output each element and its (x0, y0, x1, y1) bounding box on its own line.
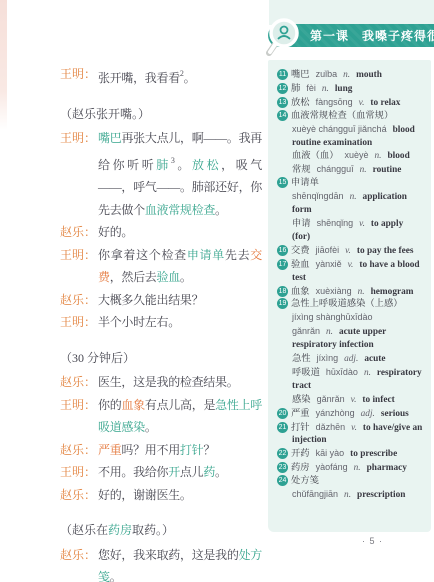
vocab-entry: 14血液常规检查（血常规）xuèyè chángguī jiǎncháblood… (277, 110, 423, 150)
dialogue-utterance: 半个小时左右。 (98, 311, 262, 334)
dialogue-text: 好的，谢谢医生。 (98, 488, 192, 502)
vocab-pos: v. (359, 98, 365, 108)
vocab-pinyin: dǎzhēn (316, 422, 346, 432)
vocab-pinyin: yàofáng (316, 462, 348, 472)
speaker-name: 赵乐： (60, 439, 98, 462)
vocab-english: to have a blood test (292, 260, 420, 283)
vocab-pos: v. (345, 246, 351, 256)
vocab-entry: 23药房yàofángn.pharmacy (277, 461, 423, 475)
dialogue-text: 。 (110, 570, 122, 582)
vocab-highlight-teal: 肺 (156, 158, 171, 172)
dialogue-text: （30 分钟后） (60, 351, 135, 365)
dialogue-text: 您好，我来取药，这是我的 (98, 548, 239, 562)
vocab-word: 血液（血） (292, 151, 339, 161)
dialogue-text: 好的。 (98, 225, 133, 239)
vocab-entry: 17验血yànxiěv.to have a blood test (277, 258, 423, 285)
vocab-number-badge: 23 (277, 462, 288, 473)
vocab-english: to relax (370, 98, 400, 108)
vocab-subentry: 申请shēnqǐngv.to apply (for) (277, 217, 423, 244)
dialogue-column: 王明：张开嘴，我看看2。（赵乐张开嘴。）王明：嘴巴再张大点儿，啊——。我再给你听… (60, 63, 262, 582)
dialogue-utterance: 好的，谢谢医生。 (98, 484, 262, 507)
vocab-entry: 12肺fèin.lung (277, 82, 423, 96)
vocab-subentry: 血液（血）xuèyèn.blood (277, 149, 423, 163)
lesson-title: 第一课 我嗓子疼得很 (310, 27, 434, 44)
vocab-word: 开药 (291, 449, 310, 459)
vocab-entry: 21打针dǎzhēnv.to have/give an injection (277, 421, 423, 448)
vocab-english: serious (381, 409, 409, 419)
dialogue-text: 。 (180, 270, 192, 284)
dialogue-text: ？ (203, 443, 215, 457)
vocab-pinyin: chángguī (317, 164, 354, 174)
vocab-highlight-teal: 血液常规检查 (145, 203, 215, 217)
dialogue-text: 取药。） (132, 523, 174, 537)
dialogue-utterance: 嘴巴再张大点儿，啊——。我再给你听听肺3。放松，吸气——，呼气——。肺部还好，你… (98, 127, 262, 221)
dialogue-utterance: 医生，这是我的检查结果。 (98, 371, 262, 394)
dialogue-utterance: 您好，我来取药，这是我的处方笺。 (98, 544, 262, 582)
vocab-pos: n. (343, 70, 350, 80)
speaker-name: 王明： (60, 311, 98, 334)
vocab-english: to infect (362, 395, 394, 405)
dialogue-text: 点儿 (180, 465, 203, 479)
vocab-pos: v. (351, 423, 357, 433)
vocab-pos: adj. (361, 409, 375, 419)
vocab-pos: adj. (344, 354, 358, 364)
vocab-pos: v. (348, 260, 354, 270)
vocab-number-badge: 11 (277, 69, 288, 80)
vocab-word: 打针 (291, 423, 310, 433)
vocab-pinyin: xuèyè chángguī jiǎnchá (292, 124, 387, 134)
dialogue-text: 大概多久能出结果？ (98, 293, 203, 307)
vocab-word: 处方笺 (291, 476, 319, 486)
vocab-word: 交费 (291, 246, 310, 256)
vocab-pinyin: hūxīdào (326, 367, 358, 377)
speaker-name: 王明： (60, 63, 98, 90)
dialogue-text: 先去 (225, 248, 250, 262)
vocab-word: 药房 (291, 463, 310, 473)
vocab-subentry: 呼吸道hūxīdàon.respiratory tract (277, 366, 423, 393)
vocab-word: 血象 (291, 287, 310, 297)
vocab-highlight-teal: 放松 (192, 158, 221, 172)
dialogue-line: 赵乐：好的。 (60, 221, 262, 244)
dialogue-text: 不用。我给你 (98, 465, 168, 479)
stage-direction: （赵乐张开嘴。） (60, 103, 262, 126)
vocab-word: 肺 (291, 84, 300, 94)
vocab-pos: n. (344, 490, 351, 500)
vocab-highlight-teal: 药房 (108, 523, 132, 537)
vocab-number-badge: 22 (277, 448, 288, 459)
vocab-highlight-teal: 打针 (180, 443, 203, 457)
vocab-pos: n. (364, 368, 371, 378)
vocab-entry: 16交费jiāofèiv.to pay the fees (277, 244, 423, 258)
dialogue-text: 你的 (98, 398, 121, 412)
vocab-pinyin: fàngsōng (316, 97, 353, 107)
dialogue-line: 赵乐：好的，谢谢医生。 (60, 484, 262, 507)
vocab-pinyin: shēnqǐng (317, 218, 354, 228)
vocab-english: blood (388, 151, 410, 161)
speaker-name: 赵乐： (60, 221, 98, 244)
vocab-subentry: 常规chángguīn.routine (277, 163, 423, 177)
vocab-pinyin: chǔfāngjiān (292, 489, 338, 499)
vocab-pos: n. (358, 287, 365, 297)
vocab-english: prescription (357, 490, 405, 500)
vocab-number-badge: 19 (277, 298, 288, 309)
vocab-highlight-teal: 验血 (157, 270, 180, 284)
page-number: · 5 · (362, 536, 383, 546)
dialogue-text: 。 (215, 465, 227, 479)
speaker-name: 赵乐： (60, 544, 98, 582)
dialogue-utterance: 你拿着这个检查申请单先去交费，然后去验血。 (98, 244, 262, 289)
vocab-pinyin: xuèyè (345, 150, 369, 160)
vocab-word: 放松 (291, 98, 310, 108)
vocab-word: 嘴巴 (291, 70, 310, 80)
dialogue-line: 赵乐：严重吗？用不用打针？ (60, 439, 262, 462)
vocab-pos: n. (326, 327, 333, 337)
dialogue-text: 。 (145, 420, 157, 434)
dialogue-utterance: 严重吗？用不用打针？ (98, 439, 262, 462)
vocab-highlight-teal: 药 (203, 465, 215, 479)
dialogue-utterance: 大概多久能出结果？ (98, 289, 262, 312)
dialogue-text: 。 (175, 158, 192, 172)
speaker-name: 王明： (60, 461, 98, 484)
vocab-number-badge: 24 (277, 475, 288, 486)
vocab-number-badge: 14 (277, 110, 288, 121)
vocab-entry: 18血象xuèxiàngn.hemogram (277, 285, 423, 299)
dialogue-text: 张开嘴，我看看 (98, 71, 180, 85)
vocab-entry: 24处方笺chǔfāngjiānn.prescription (277, 475, 423, 502)
vocab-english: hemogram (371, 287, 414, 297)
vocab-english: to have/give an injection (292, 423, 422, 446)
vocab-highlight-orange: 严重 (98, 443, 121, 457)
speaker-name: 赵乐： (60, 484, 98, 507)
vocab-word: 急性上呼吸道感染（上感） (291, 299, 403, 309)
dialogue-utterance: 张开嘴，我看看2。 (98, 63, 262, 90)
vocab-subentry: 急性jíxìngadj.acute (277, 352, 423, 366)
vocab-number-badge: 20 (277, 408, 288, 419)
vocab-pinyin: shēnqǐngdān (292, 191, 344, 201)
dialogue-line: 王明：你的血象有点儿高，是急性上呼吸道感染。 (60, 394, 262, 439)
vocab-pos: n. (360, 165, 367, 175)
dialogue-line: 王明：嘴巴再张大点儿，啊——。我再给你听听肺3。放松，吸气——，呼气——。肺部还… (60, 127, 262, 221)
vocab-panel: 11嘴巴zuǐban.mouth12肺fèin.lung13放松fàngsōng… (268, 60, 431, 532)
vocab-english: lung (335, 84, 353, 94)
vocab-pinyin: jíxìng (317, 353, 339, 363)
vocab-word: 申请 (292, 219, 311, 229)
speaker-name: 赵乐： (60, 289, 98, 312)
dialogue-line: 王明：不用。我给你开点儿药。 (60, 461, 262, 484)
stage-direction: （30 分钟后） (60, 347, 262, 370)
dialogue-utterance: 你的血象有点儿高，是急性上呼吸道感染。 (98, 394, 262, 439)
vocab-english: mouth (356, 70, 382, 80)
vocab-english: to prescribe (350, 449, 397, 459)
speaker-name: 赵乐： (60, 371, 98, 394)
vocab-number-badge: 15 (277, 177, 288, 188)
vocab-number-badge: 13 (277, 97, 288, 108)
vocab-entry: 20严重yánzhòngadj.serious (277, 407, 423, 421)
page-edge-shadow (0, 0, 7, 130)
vocab-pos: n. (354, 463, 361, 473)
vocab-word: 验血 (291, 260, 310, 270)
vocab-pinyin: jiāofèi (316, 245, 340, 255)
speaker-name: 王明： (60, 394, 98, 439)
vocab-pos: n. (322, 84, 329, 94)
vocab-highlight-teal: 嘴巴 (98, 131, 121, 145)
vocab-subentry: 感染gǎnrǎnv.to infect (277, 393, 423, 407)
vocab-number-badge: 16 (277, 245, 288, 256)
vocab-word: 血液常规检查（血常规） (291, 111, 393, 121)
vocab-pos: n. (375, 151, 382, 161)
dialogue-line: 赵乐：您好，我来取药，这是我的处方笺。 (60, 544, 262, 582)
vocab-english: pharmacy (367, 463, 407, 473)
vocab-pinyin: zuǐba (316, 69, 338, 79)
dialogue-utterance: 好的。 (98, 221, 262, 244)
vocab-entry: 15申请单shēnqǐngdānn.application form (277, 177, 423, 217)
vocab-word: 严重 (291, 409, 310, 419)
dialogue-text: 。 (184, 71, 196, 85)
dialogue-text: 半个小时左右。 (98, 315, 180, 329)
vocab-pinyin: yànxiě (316, 259, 342, 269)
vocab-highlight-orange: 血象 (121, 398, 144, 412)
vocab-english: routine (373, 165, 402, 175)
dialogue-utterance: 不用。我给你开点儿药。 (98, 461, 262, 484)
vocab-english: to pay the fees (357, 246, 414, 256)
vocab-number-badge: 21 (277, 422, 288, 433)
speaker-name: 王明： (60, 244, 98, 289)
textbook-page: 第一课 我嗓子疼得很 王明：张开嘴，我看看2。（赵乐张开嘴。）王明：嘴巴再张大点… (0, 0, 434, 582)
vocab-word: 急性 (292, 354, 311, 364)
vocab-number-badge: 18 (277, 286, 288, 297)
vocab-number-badge: 17 (277, 259, 288, 270)
vocab-entry: 13放松fàngsōngv.to relax (277, 96, 423, 110)
vocab-word: 申请单 (291, 178, 319, 188)
dialogue-line: 赵乐：大概多久能出结果？ (60, 289, 262, 312)
dialogue-text: 吗？用不用 (121, 443, 180, 457)
dialogue-line: 赵乐：医生，这是我的检查结果。 (60, 371, 262, 394)
vocab-word: 呼吸道 (292, 368, 320, 378)
vocab-pos: n. (350, 192, 357, 202)
vocab-pinyin: kāi yào (316, 448, 345, 458)
vocab-pinyin: yánzhòng (316, 408, 355, 418)
dialogue-text: ，然后去 (110, 270, 157, 284)
dialogue-line: 王明：张开嘴，我看看2。 (60, 63, 262, 90)
vocab-number-badge: 12 (277, 83, 288, 94)
vocab-pos: v. (351, 395, 357, 405)
vocab-pos: v. (359, 219, 365, 229)
vocab-pinyin: fèi (306, 83, 316, 93)
vocab-word: 常规 (292, 165, 311, 175)
dialogue-line: 王明：你拿着这个检查申请单先去交费，然后去验血。 (60, 244, 262, 289)
dialogue-text: 医生，这是我的检查结果。 (98, 375, 238, 389)
vocab-entry: 19急性上呼吸道感染（上感）jíxìng shànghūxīdào gǎnrǎn… (277, 298, 423, 352)
vocab-highlight-teal: 开 (168, 465, 180, 479)
vocab-entry: 22开药kāi yàoto prescribe (277, 447, 423, 461)
dialogue-line: 王明：半个小时左右。 (60, 311, 262, 334)
dialogue-text: 你拿着这个检查 (98, 248, 187, 262)
dialogue-text: （赵乐在 (60, 523, 108, 537)
vocab-word: 感染 (292, 395, 311, 405)
stage-direction: （赵乐在药房取药。） (60, 519, 262, 542)
dialogue-text: （赵乐张开嘴。） (60, 107, 150, 121)
magnifier-icon (265, 14, 305, 58)
speaker-name: 王明： (60, 127, 98, 221)
vocab-highlight-teal: 申请单 (187, 248, 225, 262)
vocab-english: acute (364, 354, 385, 364)
vocab-entry: 11嘴巴zuǐban.mouth (277, 68, 423, 82)
dialogue-text: 。 (215, 203, 227, 217)
vocab-pinyin: xuèxiàng (316, 286, 352, 296)
vocab-pinyin: gǎnrǎn (317, 394, 345, 404)
dialogue-text: 有点儿高，是 (145, 398, 215, 412)
